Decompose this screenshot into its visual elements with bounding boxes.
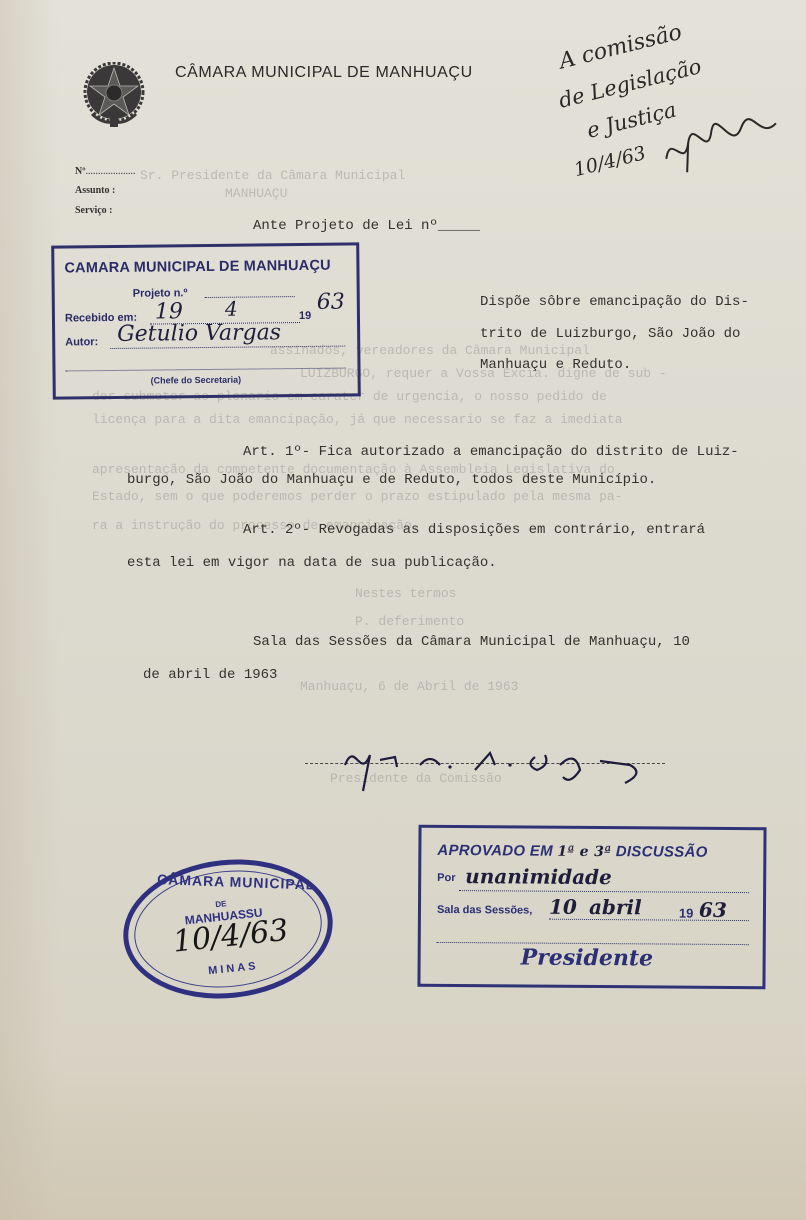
summary-line-3: Manhuaçu e Reduto. <box>480 357 631 373</box>
oval-seal: CÂMARA MUNICIPAL DE MANHUASSU 10/4/63 MI… <box>116 849 339 1008</box>
article-1-line-1: Art. 1º- Fica autorizado a emancipação d… <box>243 444 739 460</box>
paper-edge-shadow <box>0 0 60 1220</box>
chefe-label: (Chefe do Secretaria) <box>151 375 242 386</box>
bleed-through-line: Nestes termos <box>355 586 456 601</box>
approval-sala-label: Sala das Sessões, <box>437 904 532 917</box>
autor-label: Autor: <box>65 336 98 348</box>
heading-number-blank: _____ <box>438 218 480 234</box>
approval-por-value: unanimidade <box>465 864 612 889</box>
seal-middle-text: DE <box>215 899 227 909</box>
number-label: Nº <box>75 166 86 177</box>
article-2-line-2: esta lei em vigor na data de sua publica… <box>127 555 497 571</box>
article-1-line-2: burgo, São João do Manhuaçu e de Reduto,… <box>127 472 656 488</box>
document-heading: Ante Projeto de Lei nº_____ <box>253 218 480 234</box>
approval-por-label: Por <box>437 872 455 884</box>
bleed-through-line: Sr. Presidente da Câmara Municipal <box>140 168 405 183</box>
servico-label: Serviço : <box>75 205 113 216</box>
approval-title-prefix: APROVADO EM <box>437 842 553 860</box>
recebido-year-prefix: 19 <box>299 310 311 322</box>
recebido-month: 4 <box>225 297 238 321</box>
bleed-through-line: MANHUAÇU <box>225 186 287 201</box>
chefe-signature-line <box>66 368 346 372</box>
recebido-year-suffix: 63 <box>317 290 345 315</box>
approval-por-line <box>459 890 749 893</box>
projeto-line <box>205 296 295 298</box>
paper-bottom-shadow <box>0 1060 806 1220</box>
approval-year-suffix: 63 <box>699 898 727 922</box>
autor-value: Getulio Vargas <box>117 320 281 347</box>
number-field: Nº.................... <box>75 166 136 177</box>
article-2-line-1: Art. 2º- Revogadas as disposições em con… <box>243 522 705 538</box>
reception-stamp-title: CAMARA MUNICIPAL DE MANHUAÇU <box>64 258 330 277</box>
approval-signer: Presidente <box>521 945 654 972</box>
approval-year-prefix: 19 <box>679 906 694 921</box>
approval-title-suffix: DISCUSSÃO <box>616 843 708 861</box>
letterhead-title: CÂMARA MUNICIPAL DE MANHUAÇU <box>175 64 473 82</box>
handwritten-dispatch: A comissão de Legislação e Justiça 10/4/… <box>523 0 806 205</box>
approval-day: 10 <box>549 895 577 919</box>
bleed-through-line: Estado, sem o que poderemos perder o pra… <box>92 489 623 504</box>
number-dots: .................... <box>86 166 136 177</box>
brazil-coat-of-arms-icon <box>82 62 146 130</box>
heading-text: Ante Projeto de Lei nº <box>253 218 438 234</box>
summary-line-1: Dispõe sôbre emancipação do Dis- <box>480 294 749 310</box>
bleed-through-line: licença para a dita emancipação, já que … <box>92 412 623 427</box>
bleed-through-line: Manhuaçu, 6 de Abril de 1963 <box>300 679 518 694</box>
reception-stamp: CAMARA MUNICIPAL DE MANHUAÇU Projeto n.º… <box>51 242 361 399</box>
bleed-through-line: P. deferimento <box>355 614 464 629</box>
projeto-label: Projeto n.º <box>133 287 188 300</box>
approval-stamp: APROVADO EM 1ª e 3ª DISCUSSÃO Por unanim… <box>417 825 766 989</box>
dispatch-date: 10/4/63 <box>572 142 648 181</box>
assunto-label: Assunto : <box>75 185 115 196</box>
approval-title: APROVADO EM 1ª e 3ª DISCUSSÃO <box>437 842 707 861</box>
closing-line-1: Sala das Sessões da Câmara Municipal de … <box>253 634 690 650</box>
president-signature-icon <box>325 725 675 795</box>
approval-month: abril <box>589 895 642 919</box>
approval-discussion-value: 1ª e 3ª <box>557 844 611 860</box>
summary-line-2: trito de Luizburgo, São João do <box>480 326 740 342</box>
closing-line-2: de abril de 1963 <box>143 667 277 683</box>
